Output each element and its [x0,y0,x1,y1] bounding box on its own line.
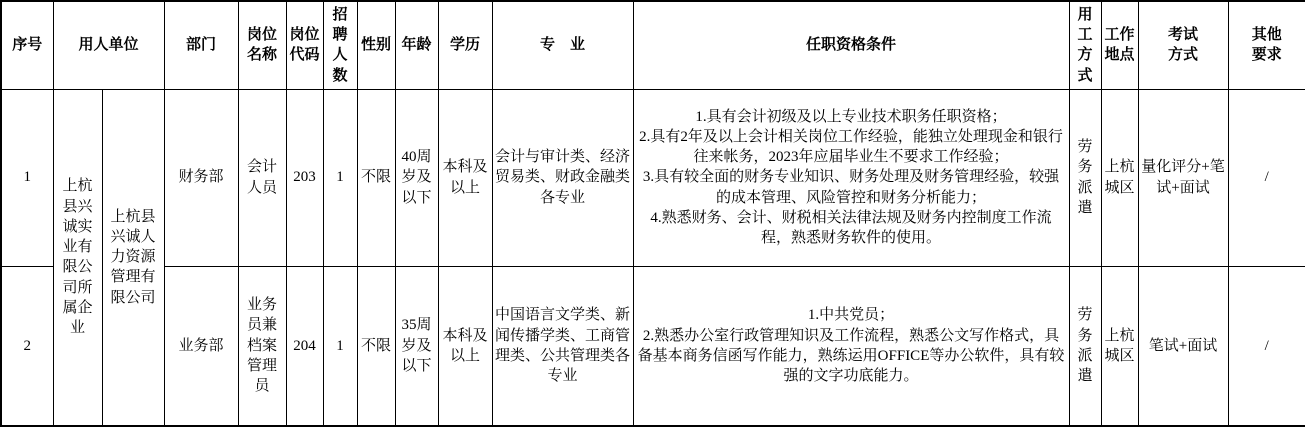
header-age: 年龄 [395,1,438,89]
row1-position-code-cell: 203 [286,89,323,266]
header-education: 学历 [438,1,492,89]
row2-major-cell: 中国语言文学类、新闻传播学类、工商管理类、公共管理类各专业 [492,266,633,426]
row1-employment-type-cell: 劳务派遣 [1069,89,1101,266]
row1-major-cell: 会计与审计类、经济贸易类、财政金融类各专业 [492,89,633,266]
header-department: 部门 [164,1,238,89]
row1-department-cell: 财务部 [164,89,238,266]
row2-position-code-cell: 204 [286,266,323,426]
table-row-1: 1 上杭县兴诚实业有限公司所属企业 上杭县兴诚人力资源管理有限公司 财务部 会计… [1,89,1305,266]
row1-exam-method-cell: 量化评分+笔试+面试 [1138,89,1228,266]
header-position-name: 岗位名称 [238,1,286,89]
header-other-requirements: 其他 要求 [1228,1,1305,89]
row2-exam-method-cell: 笔试+面试 [1138,266,1228,426]
row2-serial-no-cell: 2 [1,266,53,426]
row1-age-cell: 40周岁及以下 [395,89,438,266]
header-employer: 用人单位 [53,1,164,89]
employer-company-cell: 上杭县兴诚人力资源管理有限公司 [102,89,164,426]
header-row: 序号 用人单位 部门 岗位名称 岗位代码 招聘人数 性别 年龄 学历 专 业 任… [1,1,1305,89]
row1-position-name-cell: 会计人员 [238,89,286,266]
row1-work-location-cell: 上杭城区 [1101,89,1138,266]
row2-gender-cell: 不限 [357,266,395,426]
row2-position-name-cell: 业务员兼档案管理员 [238,266,286,426]
header-recruit-count: 招聘人数 [323,1,357,89]
row2-recruit-count-cell: 1 [323,266,357,426]
header-employment-type: 用工方式 [1069,1,1101,89]
header-position-code: 岗位代码 [286,1,323,89]
row1-qualifications-cell: 1.具有会计初级及以上专业技术职务任职资格； 2.具有2年及以上会计相关岗位工作… [633,89,1069,266]
row1-serial-no-cell: 1 [1,89,53,266]
row1-gender-cell: 不限 [357,89,395,266]
row2-education-cell: 本科及以上 [438,266,492,426]
employer-group-cell: 上杭县兴诚实业有限公司所属企业 [53,89,102,426]
table-row-2: 2 业务部 业务员兼档案管理员 204 1 不限 35周岁及以下 本科及以上 中… [1,266,1305,426]
row2-department-cell: 业务部 [164,266,238,426]
row2-age-cell: 35周岁及以下 [395,266,438,426]
row1-recruit-count-cell: 1 [323,89,357,266]
row1-education-cell: 本科及以上 [438,89,492,266]
header-gender: 性别 [357,1,395,89]
header-serial-no: 序号 [1,1,53,89]
row2-other-requirements-cell: / [1228,266,1305,426]
row1-other-requirements-cell: / [1228,89,1305,266]
header-major: 专 业 [492,1,633,89]
row2-work-location-cell: 上杭城区 [1101,266,1138,426]
recruitment-table: 序号 用人单位 部门 岗位名称 岗位代码 招聘人数 性别 年龄 学历 专 业 任… [0,0,1305,427]
row2-qualifications-cell: 1.中共党员； 2.熟悉办公室行政管理知识及工作流程，熟悉公文写作格式，具备基本… [633,266,1069,426]
row2-employment-type-cell: 劳务派遣 [1069,266,1101,426]
header-qualifications: 任职资格条件 [633,1,1069,89]
header-exam-method: 考试 方式 [1138,1,1228,89]
header-work-location: 工作地点 [1101,1,1138,89]
